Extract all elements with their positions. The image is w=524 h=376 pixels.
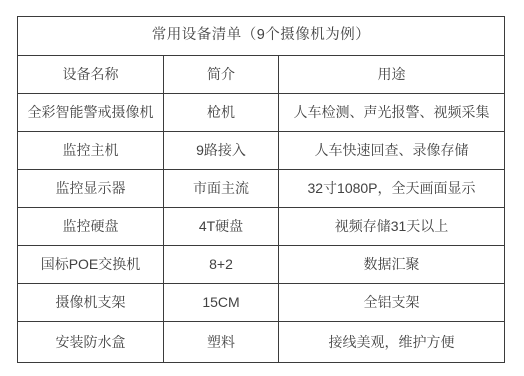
cell-device-name: 监控主机	[18, 132, 164, 170]
table-title-row: 常用设备清单（9个摄像机为例）	[18, 17, 505, 56]
cell-intro: 4T硬盘	[164, 208, 279, 246]
table-row: 监控显示器 市面主流 32寸1080P，全天画面显示	[18, 170, 505, 208]
header-intro: 简介	[164, 56, 279, 94]
cell-device-name: 摄像机支架	[18, 284, 164, 322]
cell-intro: 塑料	[164, 322, 279, 363]
cell-use: 数据汇聚	[279, 246, 505, 284]
cell-use: 人车快速回查、录像存储	[279, 132, 505, 170]
cell-intro: 市面主流	[164, 170, 279, 208]
table-row: 国标POE交换机 8+2 数据汇聚	[18, 246, 505, 284]
cell-device-name: 安装防水盒	[18, 322, 164, 363]
equipment-table: 常用设备清单（9个摄像机为例） 设备名称 简介 用途 全彩智能警戒摄像机 枪机 …	[17, 16, 505, 363]
table-title: 常用设备清单（9个摄像机为例）	[18, 17, 505, 56]
cell-intro: 枪机	[164, 94, 279, 132]
table-row: 全彩智能警戒摄像机 枪机 人车检测、声光报警、视频采集	[18, 94, 505, 132]
page: 常用设备清单（9个摄像机为例） 设备名称 简介 用途 全彩智能警戒摄像机 枪机 …	[0, 0, 524, 376]
cell-intro: 9路接入	[164, 132, 279, 170]
cell-intro: 8+2	[164, 246, 279, 284]
cell-intro: 15CM	[164, 284, 279, 322]
table-row: 监控主机 9路接入 人车快速回查、录像存储	[18, 132, 505, 170]
cell-use: 视频存储31天以上	[279, 208, 505, 246]
table-header-row: 设备名称 简介 用途	[18, 56, 505, 94]
cell-device-name: 监控显示器	[18, 170, 164, 208]
cell-device-name: 国标POE交换机	[18, 246, 164, 284]
table-row: 监控硬盘 4T硬盘 视频存储31天以上	[18, 208, 505, 246]
table-row: 安装防水盒 塑料 接线美观，维护方便	[18, 322, 505, 363]
cell-use: 全铝支架	[279, 284, 505, 322]
cell-use: 32寸1080P，全天画面显示	[279, 170, 505, 208]
cell-use: 人车检测、声光报警、视频采集	[279, 94, 505, 132]
cell-use: 接线美观，维护方便	[279, 322, 505, 363]
header-use: 用途	[279, 56, 505, 94]
cell-device-name: 监控硬盘	[18, 208, 164, 246]
table-row: 摄像机支架 15CM 全铝支架	[18, 284, 505, 322]
header-device-name: 设备名称	[18, 56, 164, 94]
cell-device-name: 全彩智能警戒摄像机	[18, 94, 164, 132]
